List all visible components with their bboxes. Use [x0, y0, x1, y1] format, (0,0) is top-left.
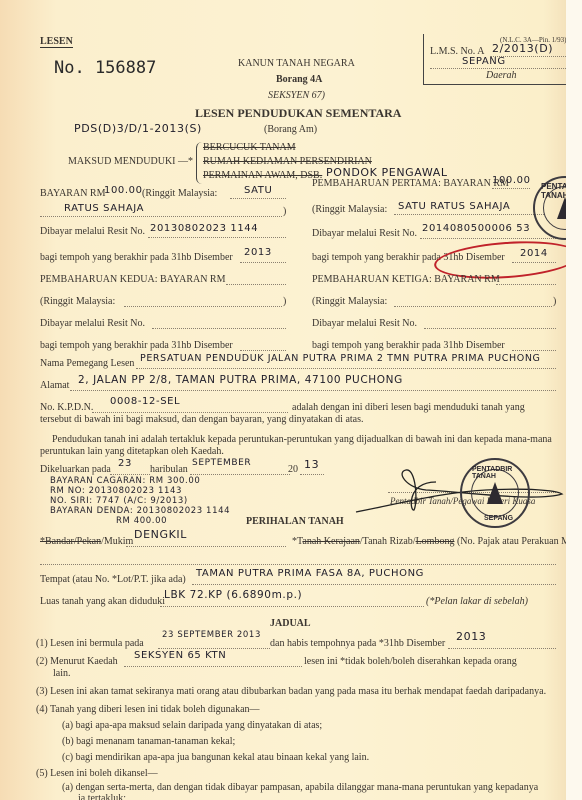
renewal1-resit-value: 2014080500006 53 — [422, 223, 530, 234]
issued-label-2: haribulan — [150, 464, 188, 475]
purpose-option-1: BERCUCUK TANAM — [203, 142, 296, 153]
jadual-item4: (4) Tanah yang diberi lesen ini tidak bo… — [36, 704, 260, 715]
luas-label: Luas tanah yang akan diduduki — [40, 596, 165, 607]
jadual-item4b: (b) bagi menanam tanaman-tanaman kekal; — [62, 736, 235, 747]
ringgit-value-1: SATU — [244, 185, 272, 196]
act-title: KANUN TANAH NEGARA — [238, 58, 355, 69]
jadual-item4c: (c) bagi mendirikan apa-apa jua bangunan… — [62, 752, 369, 763]
mukim-label: *Bandar/Pekan/Mukim — [40, 536, 133, 547]
holder-name-label: Nama Pemegang Lesen — [40, 358, 134, 369]
issued-day: 23 — [118, 458, 132, 469]
renewal1-ringgit-label: (Ringgit Malaysia: — [312, 204, 387, 215]
tanah-type-label: *Tanah Kerajaan/Tanah Rizab/Lombong (No.… — [292, 536, 582, 547]
issued-label-1: Dikeluarkan pada — [40, 464, 111, 475]
renewal1-ringgit-value: SATU RATUS SAHAJA — [398, 201, 510, 212]
mukim-value: DENGKIL — [134, 528, 187, 541]
tempoh-value: 2013 — [244, 247, 272, 258]
ringgit-value-2: RATUS SAHAJA — [64, 203, 144, 214]
jadual-item5: (5) Lesen ini boleh dikansel— — [36, 768, 158, 779]
renewal2-tempoh-label: bagi tempoh yang berakhir pada 31hb Dise… — [40, 340, 233, 351]
tempat-value: TAMAN PUTRA PRIMA FASA 8A, PUCHONG — [196, 568, 424, 579]
renewal2-resit-label: Dibayar melalui Resit No. — [40, 318, 145, 329]
kpdn-value: 0008-12-SEL — [110, 396, 180, 407]
bayaran-label: BAYARAN RM — [40, 188, 105, 199]
form-name: Borang 4A — [276, 74, 322, 85]
purpose-brace — [196, 142, 202, 184]
address-label: Alamat — [40, 380, 69, 391]
license-document: LESEN No. 156887 KANUN TANAH NEGARA Bora… — [0, 0, 566, 800]
renewal2-title: PEMBAHARUAN KEDUA: BAYARAN RM — [40, 274, 226, 285]
renewal1-resit-label: Dibayar melalui Resit No. — [312, 228, 417, 239]
jadual-title: JADUAL — [270, 618, 311, 629]
jadual-item4a: (a) bagi apa-apa maksud selain daripada … — [62, 720, 322, 731]
note-line-4: BAYARAN DENDA: 20130802023 1144 — [50, 506, 230, 516]
land-office-stamp-bottom: PENTADBIR TANAH SEPANG — [460, 458, 530, 528]
jadual-item2-text: lesen ini *tidak boleh/boleh diserahkan … — [304, 656, 517, 667]
document-title: LESEN PENDUDUKAN SEMENTARA — [195, 106, 401, 121]
resit-value: 20130802023 1144 — [150, 223, 258, 234]
section-ref: SEKSYEN 67) — [268, 90, 325, 101]
purpose-option-3: PERMAINAN AWAM, DSB. — [203, 170, 322, 181]
kpdn-label: No. K.P.D.N. — [40, 402, 93, 413]
note-line-5: RM 400.00 — [50, 516, 230, 526]
license-number: No. 156887 — [54, 58, 156, 78]
paragraph-1: Pendudukan tanah ini adalah tertakluk ke… — [52, 434, 552, 445]
ringgit-label: (Ringgit Malaysia: — [142, 188, 217, 199]
tempoh-label: bagi tempoh yang berakhir pada 31hb Dise… — [40, 252, 233, 263]
jadual-item5a: (a) dengan serta-merta, dan dengan tidak… — [62, 782, 538, 793]
jadual-item2-label: (2) Menurut Kaedah — [36, 656, 118, 667]
signature — [346, 462, 566, 522]
renewal3-ringgit-label: (Ringgit Malaysia: — [312, 296, 387, 307]
jadual-item5a-cont: ia tertakluk; — [78, 793, 126, 800]
note-line-3: NO. SIRI: 7747 (A/C: 9/2013) — [50, 496, 230, 506]
lesen-label: LESEN — [40, 36, 73, 48]
paragraph-2: peruntukan lain yang ditetapkan oleh Kae… — [40, 446, 224, 457]
luas-value: LBK 72.KP (6.6890m.p.) — [164, 589, 302, 601]
address-value: 2, JALAN PP 2/8, TAMAN PUTRA PRIMA, 4710… — [78, 374, 403, 386]
jadual-item1-start: 23 SEPTEMBER 2013 — [162, 630, 261, 640]
lms-value: 2/2013(D) — [492, 42, 553, 55]
jadual-item1-label: (1) Lesen ini bermula pada — [36, 638, 144, 649]
jadual-item3: (3) Lesen ini akan tamat sekiranya mati … — [36, 686, 546, 697]
bayaran-value: 100.00 — [104, 185, 143, 196]
renewal3-resit-label: Dibayar melalui Resit No. — [312, 318, 417, 329]
kpdn-suffix: adalah dengan ini diberi lesen bagi mend… — [292, 402, 525, 413]
handwritten-notes: BAYARAN CAGARAN: RM 300.00 RM NO: 201308… — [50, 476, 230, 526]
jadual-item2-continuation: lain. — [53, 668, 71, 679]
district-value: SEPANG — [462, 56, 506, 67]
jadual-item1-mid: dan habis tempohnya pada *31hb Disember — [270, 638, 445, 649]
land-section-title: PERIHALAN TANAH — [246, 516, 344, 527]
holder-name-value: PERSATUAN PENDUDUK JALAN PUTRA PRIMA 2 T… — [140, 353, 541, 364]
note-line-2: RM NO: 20130802023 1143 — [50, 486, 230, 496]
purpose-label: MAKSUD MENDUDUKI —* — [68, 156, 193, 167]
district-label: Daerah — [486, 70, 517, 81]
note-line-1: BAYARAN CAGARAN: RM 300.00 — [50, 476, 230, 486]
kpdn-line2: tersebut di bawah ini bagi maksud, dan d… — [40, 414, 364, 425]
issued-label-3: 20 — [288, 464, 298, 475]
jadual-item2-value: SEKSYEN 65 KTN — [134, 650, 226, 661]
luas-note: (*Pelan lakar di sebelah) — [426, 596, 528, 607]
renewal3-tempoh-label: bagi tempoh yang berakhir pada 31hb Dise… — [312, 340, 505, 351]
renewal1-title: PEMBAHARUAN PERTAMA: BAYARAN RM — [312, 178, 509, 189]
issued-month: SEPTEMBER — [192, 458, 251, 468]
issued-year: 13 — [304, 458, 319, 471]
page-edge — [566, 0, 582, 800]
renewal3-title: PEMBAHARUAN KETIGA: BAYARAN RM — [312, 274, 500, 285]
renewal2-ringgit-label: (Ringgit Malaysia: — [40, 296, 115, 307]
jadual-item1-end: 2013 — [456, 630, 486, 643]
resit-label: Dibayar melalui Resit No. — [40, 226, 145, 237]
tempat-label: Tempat (atau No. *Lot/P.T. jika ada) — [40, 574, 186, 585]
file-reference: PDS(D)3/D/1-2013(S) — [74, 122, 202, 135]
renewal1-amount: 100.00 — [492, 175, 531, 186]
document-subtitle: (Borang Am) — [264, 124, 317, 135]
